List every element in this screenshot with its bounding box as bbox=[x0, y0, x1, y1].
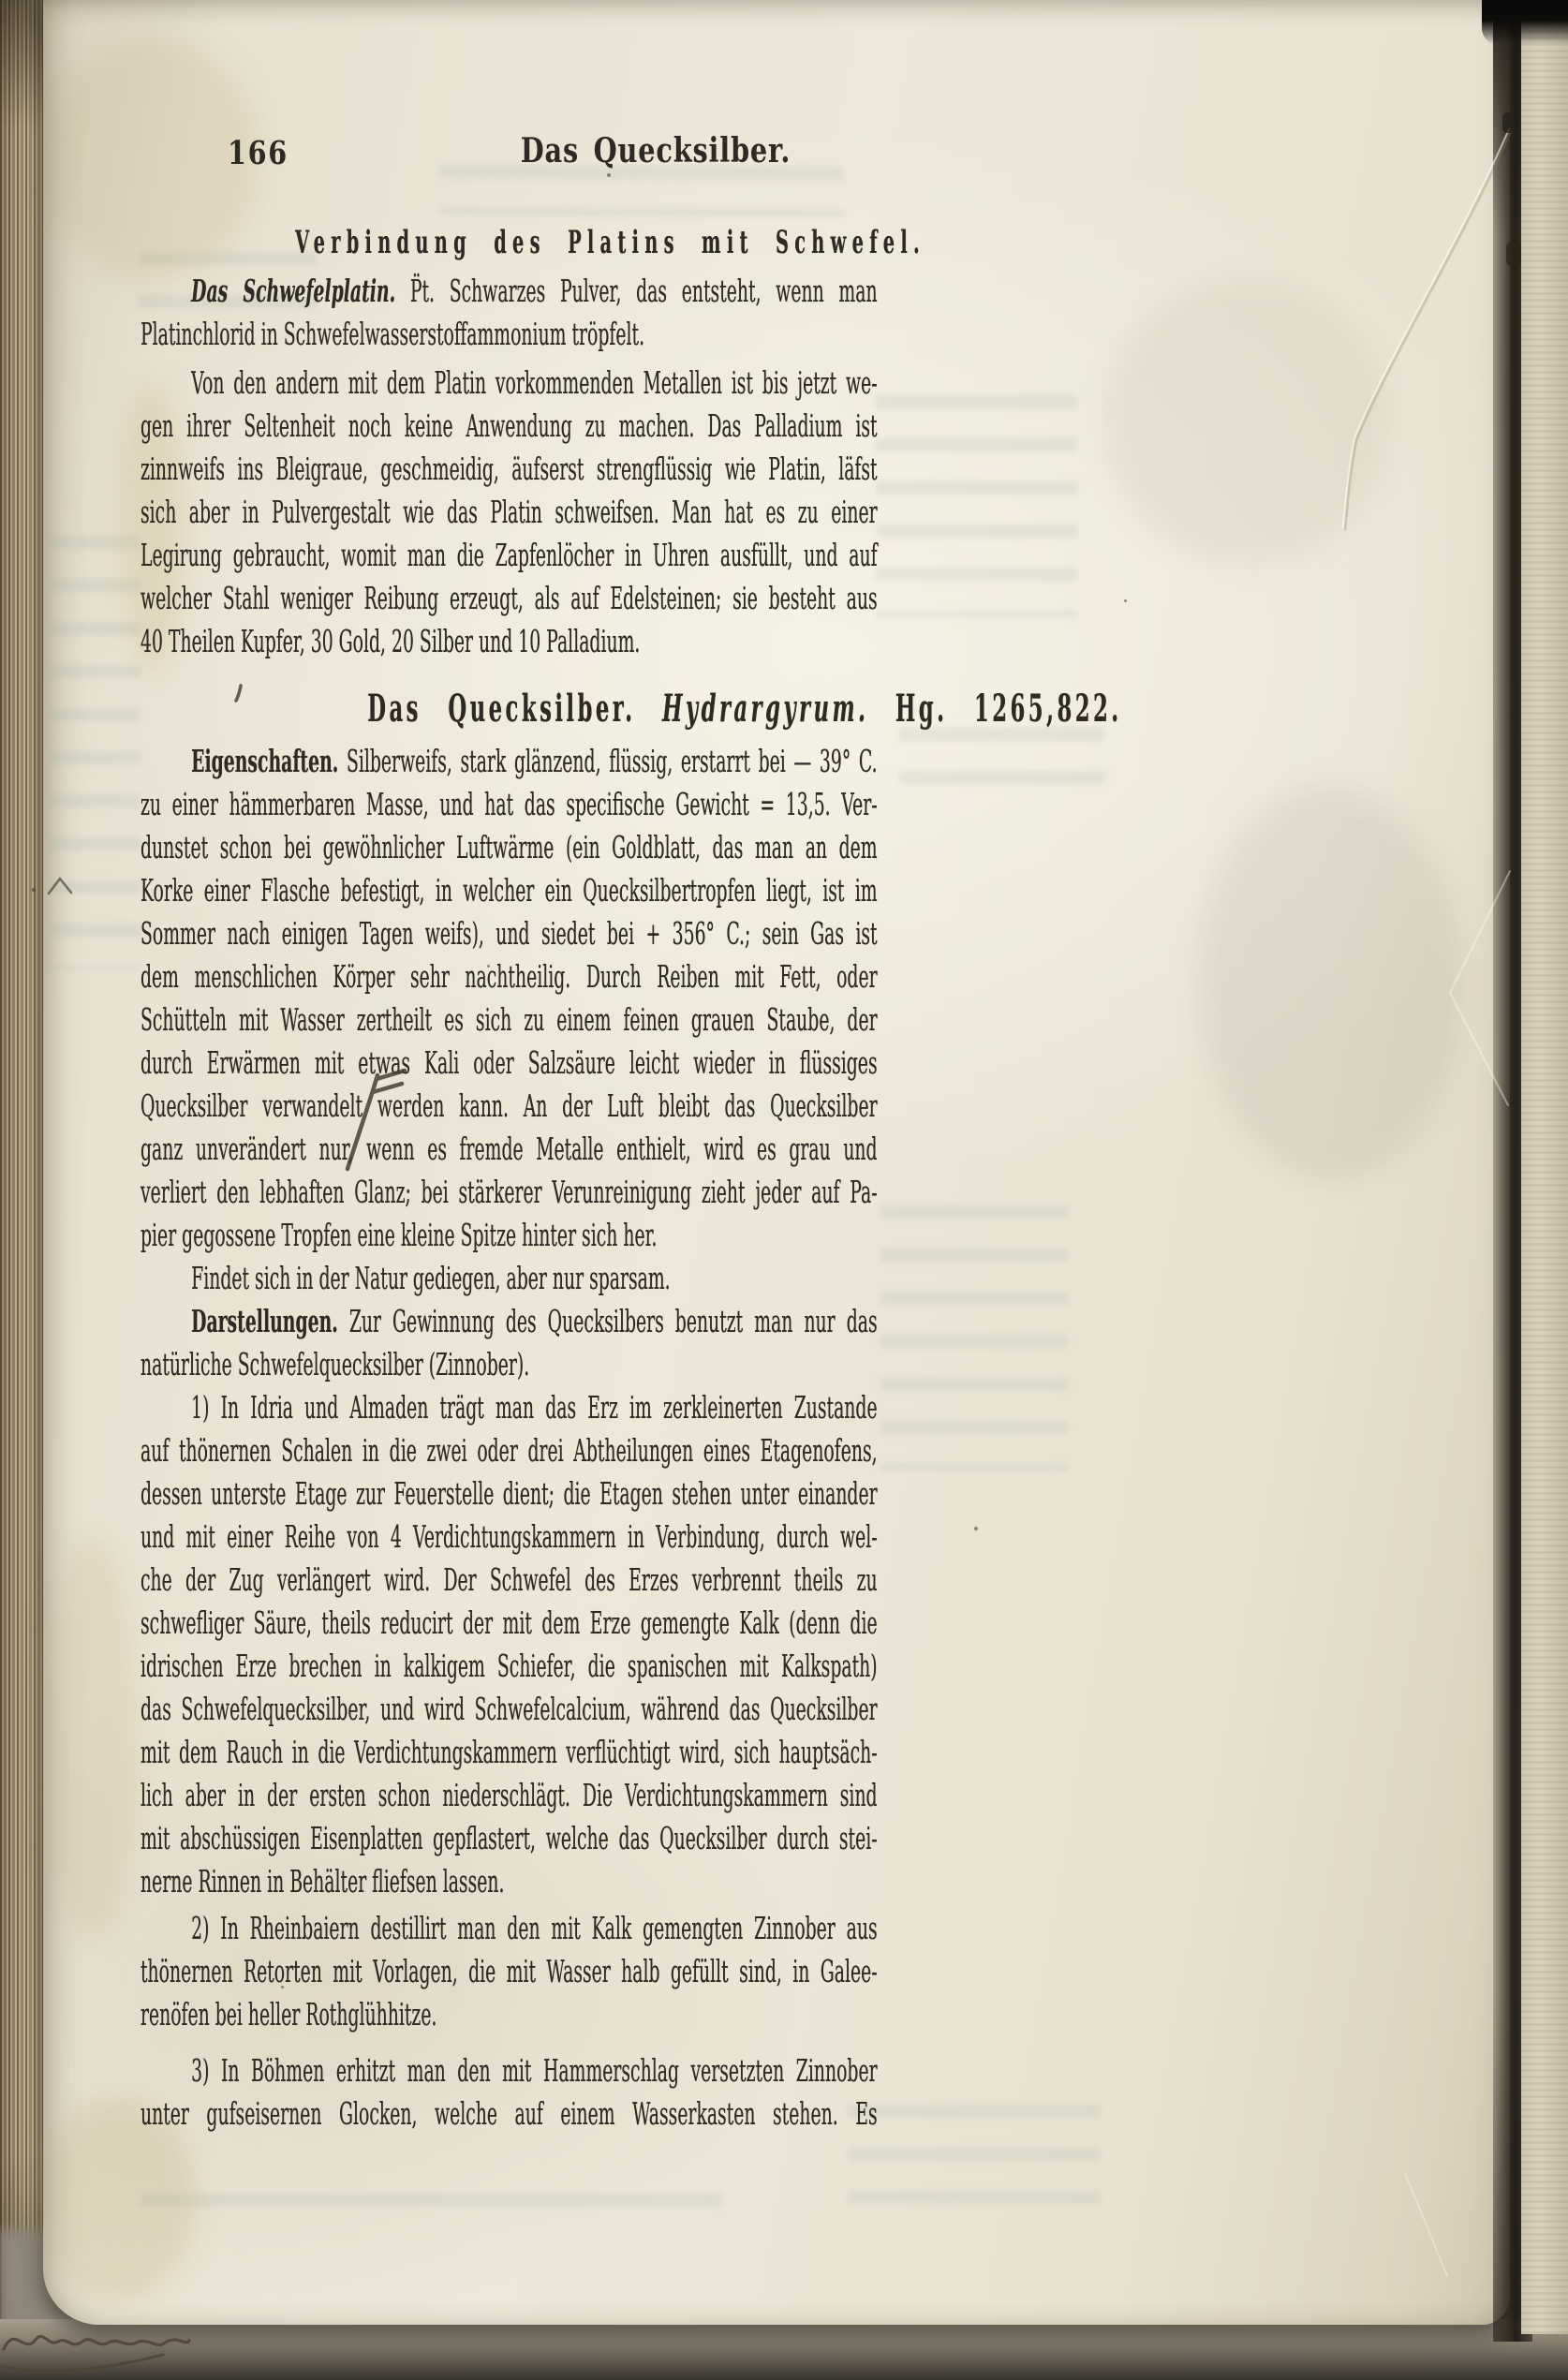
text-line: Von den andern mit dem Platin vorkommend… bbox=[141, 362, 878, 405]
text-run: Schütteln mit Wasser zertheilt es sich z… bbox=[141, 1001, 878, 1038]
text-line: mit dem Rauch in die Verdichtungskammern… bbox=[141, 1731, 878, 1774]
text-run: dem menschlichen Körper sehr nachtheilig… bbox=[141, 958, 878, 995]
text-line: durch Erwärmen mit etwas Kali oder Salzs… bbox=[141, 1042, 878, 1085]
text-run: Sommer nach einigen Tagen weifs), und si… bbox=[141, 915, 878, 952]
text-run: welcher Stahl weniger Reibung erzeugt, a… bbox=[141, 580, 878, 616]
text-run: Legirung gebraucht, womit man die Zapfen… bbox=[141, 537, 878, 573]
text-line: verliert den lebhaften Glanz; bei stärke… bbox=[141, 1171, 878, 1214]
text-run: Zur Gewinnung des Quecksilbers benutzt m… bbox=[338, 1303, 878, 1339]
text-run: 1) In Idria und Almaden trägt man das Er… bbox=[191, 1389, 877, 1426]
text-run: Platinchlorid in Schwefelwasserstoffammo… bbox=[141, 316, 644, 352]
paper-stain bbox=[45, 1536, 139, 1939]
text-line: idrischen Erze brechen in kalkigem Schie… bbox=[141, 1645, 878, 1688]
text-line: gen ihrer Seltenheit noch keine Anwendun… bbox=[141, 405, 878, 448]
text-line: dem menschlichen Körper sehr nachtheilig… bbox=[141, 955, 878, 998]
text-line: und mit einer Reihe von 4 Verdichtungska… bbox=[141, 1515, 878, 1559]
text-run: 40 Theilen Kupfer, 30 Gold, 20 Silber un… bbox=[141, 623, 640, 659]
heading-center: Das Quecksilber. Hydrargyrum. Hg. 1265,8… bbox=[367, 687, 1104, 731]
text-run: zu einer hämmerbaren Masse, und hat das … bbox=[141, 786, 878, 822]
text-run: idrischen Erze brechen in kalkigem Schie… bbox=[141, 1648, 878, 1684]
adjacent-page-edge bbox=[1521, 0, 1568, 2334]
para: Eigenschaften. Silberweifs, stark glänze… bbox=[141, 740, 878, 1257]
text-run: 3) In Böhmen erhitzt man den mit Hammers… bbox=[191, 2052, 877, 2089]
text-line: Schütteln mit Wasser zertheilt es sich z… bbox=[141, 998, 878, 1042]
text-run: Silberweifs, stark glänzend, flüssig, er… bbox=[338, 743, 877, 779]
text-run: auf thönernen Schalen in die zwei oder d… bbox=[141, 1432, 878, 1469]
text-line: schwefliger Säure, theils reducirt der m… bbox=[141, 1602, 878, 1645]
ink-showthrough bbox=[880, 1190, 1068, 1471]
text-line: thönernen Retorten mit Vorlagen, die mit… bbox=[141, 1950, 878, 1993]
text-run: und mit einer Reihe von 4 Verdichtungska… bbox=[141, 1518, 878, 1555]
text-run: Das Quecksilber. bbox=[367, 687, 635, 731]
text-run bbox=[635, 687, 661, 731]
paper-stain bbox=[1105, 281, 1386, 562]
text-column: Verbindung des Platins mit Schwefel.Das … bbox=[141, 221, 878, 2136]
text-line: welcher Stahl weniger Reibung erzeugt, a… bbox=[141, 577, 878, 620]
text-line: Das Quecksilber. Hydrargyrum. Hg. 1265,8… bbox=[367, 687, 1104, 731]
text-run: Das Schwefelplatin. bbox=[191, 273, 395, 309]
para: 1) In Idria und Almaden trägt man das Er… bbox=[141, 1386, 878, 1903]
text-line: 3) In Böhmen erhitzt man den mit Hammers… bbox=[141, 2049, 878, 2092]
book-scan: 166 Das Quecksilber. Verbindung des Plat… bbox=[0, 0, 1568, 2380]
para: Von den andern mit dem Platin vorkommend… bbox=[141, 362, 878, 663]
text-line: natürliche Schwefelquecksilber (Zinnober… bbox=[141, 1343, 878, 1386]
text-line: sich aber in Pulvergestalt wie das Plati… bbox=[141, 491, 878, 534]
text-run: natürliche Schwefelquecksilber (Zinnober… bbox=[141, 1346, 529, 1382]
para: Darstellungen. Zur Gewinnung des Quecksi… bbox=[141, 1300, 878, 1386]
text-line: 1) In Idria und Almaden trägt man das Er… bbox=[141, 1386, 878, 1429]
para: Findet sich in der Natur gediegen, aber … bbox=[141, 1257, 878, 1300]
text-run: lich aber in der ersten schon niederschl… bbox=[141, 1777, 878, 1813]
text-line: zinnweifs ins Bleigraue, geschmeidig, äu… bbox=[141, 448, 878, 491]
text-line: mit abschüssigen Eisenplatten gepflaster… bbox=[141, 1817, 878, 1860]
page-number: 166 bbox=[228, 134, 288, 172]
text-run: sich aber in Pulvergestalt wie das Plati… bbox=[141, 494, 878, 530]
text-run: P̈t. Schwarzes Pulver, das entsteht, wen… bbox=[395, 273, 877, 309]
text-line: zu einer hämmerbaren Masse, und hat das … bbox=[141, 783, 878, 826]
text-run: ganz unverändert nur, wenn es fremde Met… bbox=[141, 1131, 878, 1167]
text-line: che der Zug verlängert wird. Der Schwefe… bbox=[141, 1559, 878, 1602]
text-run: gen ihrer Seltenheit noch keine Anwendun… bbox=[141, 407, 878, 444]
text-run: 2) In Rheinbaiern destillirt man den mit… bbox=[191, 1910, 877, 1946]
text-line: Korke einer Flasche befestigt, in welche… bbox=[141, 869, 878, 912]
text-run: Korke einer Flasche befestigt, in welche… bbox=[141, 872, 878, 909]
text-run: schwefliger Säure, theils reducirt der m… bbox=[141, 1604, 878, 1641]
ink-showthrough bbox=[876, 379, 1077, 618]
text-line: auf thönernen Schalen in die zwei oder d… bbox=[141, 1429, 878, 1472]
text-run: nerne Rinnen in Behälter fliefsen lassen… bbox=[141, 1863, 504, 1900]
paper-speck bbox=[1124, 599, 1127, 602]
text-run: pier gegossene Tropfen eine kleine Spitz… bbox=[141, 1217, 657, 1253]
para: 3) In Böhmen erhitzt man den mit Hammers… bbox=[141, 2049, 878, 2136]
text-run: Quecksilber verwandelt werden kann. An d… bbox=[141, 1087, 878, 1124]
para: Das Schwefelplatin. P̈t. Schwarzes Pulve… bbox=[141, 270, 878, 356]
para: 2) In Rheinbaiern destillirt man den mit… bbox=[141, 1907, 878, 2036]
text-line: Findet sich in der Natur gediegen, aber … bbox=[141, 1257, 878, 1300]
text-line: 40 Theilen Kupfer, 30 Gold, 20 Silber un… bbox=[141, 620, 878, 663]
text-line: 2) In Rheinbaiern destillirt man den mit… bbox=[141, 1907, 878, 1950]
paper-speck bbox=[607, 173, 611, 177]
text-line: lich aber in der ersten schon niederschl… bbox=[141, 1774, 878, 1817]
text-run: Hydrargyrum. bbox=[662, 687, 868, 731]
text-line: Darstellungen. Zur Gewinnung des Quecksi… bbox=[141, 1300, 878, 1343]
text-line: Das Schwefelplatin. P̈t. Schwarzes Pulve… bbox=[141, 270, 878, 313]
text-run: che der Zug verlängert wird. Der Schwefe… bbox=[141, 1561, 878, 1598]
text-run: Eigenschaften. bbox=[191, 743, 338, 779]
text-run: durch Erwärmen mit etwas Kali oder Salzs… bbox=[141, 1044, 878, 1081]
text-run: dessen unterste Etage zur Feuerstelle di… bbox=[141, 1475, 878, 1512]
text-run: Darstellungen. bbox=[191, 1303, 338, 1339]
text-run: Findet sich in der Natur gediegen, aber … bbox=[191, 1260, 671, 1296]
text-run: unter gufseisernen Glocken, welche auf e… bbox=[141, 2095, 878, 2132]
text-run: Hg. 1265,822. bbox=[868, 687, 1121, 731]
ink-showthrough bbox=[141, 2178, 721, 2225]
heading-spaced: Verbindung des Platins mit Schwefel. bbox=[242, 221, 979, 264]
text-line: Legirung gebraucht, womit man die Zapfen… bbox=[141, 534, 878, 577]
text-line: Sommer nach einigen Tagen weifs), und si… bbox=[141, 912, 878, 955]
text-line: Eigenschaften. Silberweifs, stark glänze… bbox=[141, 740, 878, 783]
text-line: Platinchlorid in Schwefelwasserstoffammo… bbox=[141, 313, 878, 356]
text-line: das Schwefelquecksilber, und wird Schwef… bbox=[141, 1688, 878, 1731]
photo-dark-corner bbox=[1482, 0, 1568, 45]
text-line: unter gufseisernen Glocken, welche auf e… bbox=[141, 2092, 878, 2136]
text-line: ganz unverändert nur, wenn es fremde Met… bbox=[141, 1128, 878, 1171]
ink-showthrough bbox=[848, 2089, 1101, 2229]
text-line: Quecksilber verwandelt werden kann. An d… bbox=[141, 1085, 878, 1128]
paper-speck bbox=[974, 1527, 978, 1530]
edge-shadow-top bbox=[0, 0, 43, 131]
text-run: mit abschüssigen Eisenplatten gepflaster… bbox=[141, 1820, 878, 1856]
text-run: mit dem Rauch in die Verdichtungskammern… bbox=[141, 1734, 878, 1770]
text-run: thönernen Retorten mit Vorlagen, die mit… bbox=[141, 1953, 878, 1989]
page-stack-edges bbox=[0, 0, 43, 2380]
text-run: Verbindung des Platins mit Schwefel. bbox=[295, 224, 925, 261]
text-run: Von den andern mit dem Platin vorkommend… bbox=[191, 364, 877, 401]
text-line: pier gegossene Tropfen eine kleine Spitz… bbox=[141, 1214, 878, 1257]
text-run: zinnweifs ins Bleigraue, geschmeidig, äu… bbox=[141, 451, 878, 487]
text-run: renöfen bei heller Rothglühhitze. bbox=[141, 1996, 436, 2033]
text-line: dunstet schon bei gewöhnlicher Luftwärme… bbox=[141, 826, 878, 869]
text-line: renöfen bei heller Rothglühhitze. bbox=[141, 1993, 878, 2036]
text-line: nerne Rinnen in Behälter fliefsen lassen… bbox=[141, 1860, 878, 1903]
running-title: Das Quecksilber. bbox=[521, 131, 791, 170]
text-run: dunstet schon bei gewöhnlicher Luftwärme… bbox=[141, 829, 878, 865]
paper-stain bbox=[1199, 787, 1461, 1180]
table-surface bbox=[0, 2319, 1568, 2380]
text-run: das Schwefelquecksilber, und wird Schwef… bbox=[141, 1691, 878, 1727]
text-line: dessen unterste Etage zur Feuerstelle di… bbox=[141, 1472, 878, 1515]
text-line: Verbindung des Platins mit Schwefel. bbox=[242, 221, 979, 264]
text-run: verliert den lebhaften Glanz; bei stärke… bbox=[141, 1174, 878, 1210]
